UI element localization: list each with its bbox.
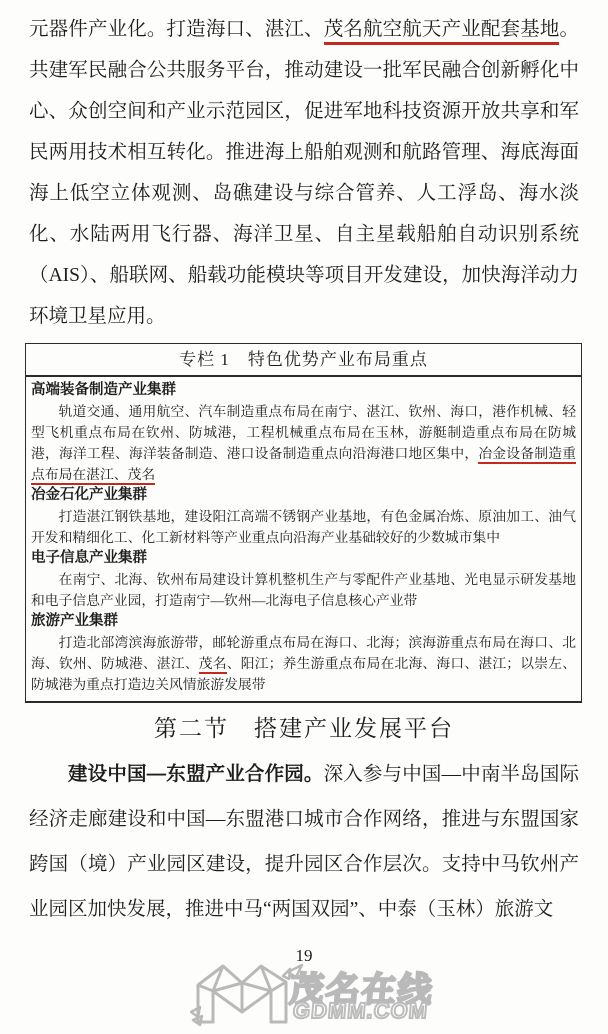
box-section-text: 打造湛江钢铁基地，建设阳江高端不锈钢产业基地，有色金属冶炼、原油加工、油气开发和… [31, 506, 576, 548]
watermark: 茂名在线 GDMM.COM [150, 956, 470, 1028]
top-paragraph: 元器件产业化。打造海口、湛江、茂名航空航天产业配套基地。共建军民融合公共服务平台… [29, 9, 579, 337]
column-box: 专栏 1 特色优势产业布局重点 高端装备制造产业集群 轨道交通、通用航空、汽车制… [25, 343, 582, 703]
bottom-paragraph-text: 深入参与中国—中南半岛国际经济走廊建设和中国—东盟港口城市合作网络，推进与东盟国… [29, 764, 579, 920]
section-heading: 第二节 搭建产业发展平台 [0, 710, 608, 743]
box-section-text-pre: 在南宁、北海、钦州布局建设计算机整机生产与零配件产业基地、光电显示研发基地和电子… [31, 572, 576, 608]
box-section-heading: 电子信息产业集群 [31, 548, 576, 569]
column-box-title: 专栏 1 特色优势产业布局重点 [26, 344, 581, 377]
box-section-text: 打造北部湾滨海旅游带，邮轮游重点布局在海口、北海；滨海游重点布局在海口、北海、钦… [31, 632, 576, 695]
top-paragraph-text-cont: 。共建军民融合公共服务平台，推动建设一批军民融合创新孵化中心、众创空间和产业示范… [29, 19, 579, 327]
column-box-body: 高端装备制造产业集群 轨道交通、通用航空、汽车制造重点布局在南宁、湛江、钦州、海… [26, 377, 581, 701]
top-paragraph-text: 元器件产业化。打造海口、湛江、 [29, 19, 324, 40]
box-section-text-pre: 打造湛江钢铁基地，建设阳江高端不锈钢产业基地，有色金属冶炼、原油加工、油气开发和… [31, 509, 576, 545]
box-section-heading: 冶金石化产业集群 [31, 485, 576, 506]
red-underlined-phrase: 茂名航空航天产业配套基地 [324, 19, 560, 45]
bottom-paragraph: 建设中国—东盟产业合作园。深入参与中国—中南半岛国际经济走廊建设和中国—东盟港口… [29, 752, 579, 932]
box-section-text: 在南宁、北海、钦州布局建设计算机整机生产与零配件产业基地、光电显示研发基地和电子… [31, 569, 576, 611]
red-underlined-phrase: 茂名 [199, 656, 227, 674]
box-section-text: 轨道交通、通用航空、汽车制造重点布局在南宁、湛江、钦州、海口，港作机械、轻型飞机… [31, 401, 576, 485]
box-section-heading: 旅游产业集群 [31, 611, 576, 632]
document-page: 元器件产业化。打造海口、湛江、茂名航空航天产业配套基地。共建军民融合公共服务平台… [0, 0, 608, 1034]
bottom-paragraph-bold-lead: 建设中国—东盟产业合作园。 [68, 763, 324, 785]
page-number: 19 [0, 946, 608, 966]
box-section-heading: 高端装备制造产业集群 [31, 380, 576, 401]
watermark-site-domain: GDMM.COM [292, 998, 429, 1024]
